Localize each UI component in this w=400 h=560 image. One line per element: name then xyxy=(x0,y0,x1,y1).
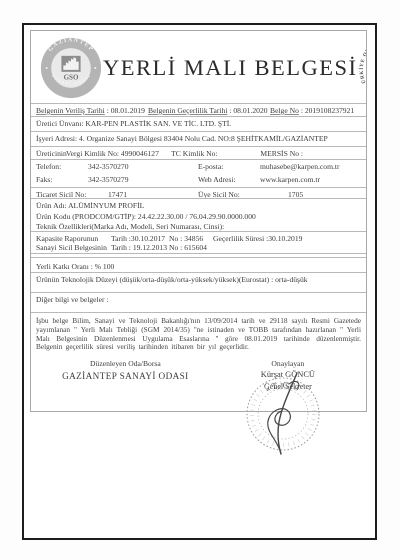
member-registry-label: Üye Sicil No: xyxy=(198,190,260,198)
certificate-table: GAZİANTEP SANAYİ ODASI GSO YERLİ MALI BE… xyxy=(30,30,367,412)
tax-id-label: Vergi Kimlik No: xyxy=(66,149,119,158)
email-label: E-posta: xyxy=(198,162,260,175)
capacity-report-label: Kapasite Raporunun xyxy=(36,234,111,243)
approver-label: Onaylayan xyxy=(215,359,361,368)
fax-value: 342-3570279 xyxy=(88,175,198,188)
tc-id-label: TC Kimlik No: xyxy=(171,149,230,159)
contact-row: Telefon: 342-3570270 E-posta: muhasebe@k… xyxy=(31,159,366,187)
issuer-label: Düzenleyen Oda/Borsa xyxy=(36,359,215,368)
other-info-row: Diğer bilgi ve belgeler : xyxy=(31,292,366,312)
capacity-report-validity: Geçerlilik Süresi :30.10.2019 xyxy=(213,234,361,243)
local-content-row: Yerli Katkı Oranı : % 100 xyxy=(31,257,366,272)
other-info-label: Diğer bilgi ve belgeler : xyxy=(36,295,109,304)
legal-statement: İşbu belge Bilim, Sanayi ve Teknoloji Ba… xyxy=(36,317,361,352)
capacity-report-no: No : 34856 xyxy=(169,234,213,243)
producer-ids-prefix: Üreticinin xyxy=(36,149,66,159)
certificate-header: GAZİANTEP SANAYİ ODASI GSO YERLİ MALI BE… xyxy=(31,31,366,103)
trade-registry-value: 17471 xyxy=(88,190,198,198)
industry-registry-date: Tarih : 19.12.2013 xyxy=(111,243,169,252)
doc-no-value: : 2019108237921 xyxy=(301,106,354,115)
email-value: muhasebe@karpen.com.tr xyxy=(260,162,361,175)
gso-chamber-seal-icon: GAZİANTEP SANAYİ ODASI GSO xyxy=(39,36,103,100)
producer-name-value: KAR-PEN PLASTİK SAN. VE TİC. LTD. ŞTİ. xyxy=(85,119,231,128)
producer-address-value: 4. Organize Sanayi Bölgesi 83404 Nolu Ca… xyxy=(79,134,328,143)
product-code-value: 24.42.22.30.00 / 76.04.29.90.0000.000 xyxy=(138,212,256,221)
industry-registry-no: No : 615604 xyxy=(169,243,213,252)
tech-level-label: Ürünün Teknolojik Düzeyi (düşük/orta-düş… xyxy=(36,275,308,284)
product-tech-label: Teknik Özellikleri(Marka Adı, Modeli, Se… xyxy=(36,222,224,231)
producer-address-row: İşyeri Adresi: 4. Organize Sanayi Bölges… xyxy=(31,131,366,146)
product-name-value: ALÜMİNYUM PROFİL xyxy=(68,201,144,210)
phone-value: 342-3570270 xyxy=(88,162,198,175)
tax-id-value: 4990046127 xyxy=(121,149,159,158)
issue-date-label: Belgenin Veriliş Tarihi xyxy=(36,106,105,115)
official-stamp-icon: «T.C.» xyxy=(237,370,329,462)
issuer-name: GAZİANTEP SANAYİ ODASI xyxy=(36,371,215,383)
web-label: Web Adresi: xyxy=(198,175,260,188)
capacity-row: Kapasite Raporunun Tarih :30.10.2017 No … xyxy=(31,231,366,253)
web-value: www.karpen.com.tr xyxy=(260,175,361,188)
doc-meta-row: Belgenin Veriliş Tarihi : 08.01.2019 Bel… xyxy=(31,103,366,116)
member-registry-value: 1705 xyxy=(260,190,361,198)
doc-no-label: Belge No xyxy=(270,106,299,115)
registry-row: Ticaret Sicil No: 17471 Üye Sicil No: 17… xyxy=(31,187,366,198)
tech-level-row: Ürünün Teknolojik Düzeyi (düşük/orta-düş… xyxy=(31,272,366,292)
local-content-label: Yerli Katkı Oranı : % 100 xyxy=(36,262,114,271)
product-code-label: Ürün Kodu (PRODCOM/GTİP): xyxy=(36,212,136,221)
capacity-report-date: Tarih :30.10.2017 xyxy=(111,234,169,243)
product-row: Ürün Adı: ALÜMİNYUM PROFİL Ürün Kodu (PR… xyxy=(31,198,366,231)
valid-date-label: Belgenin Geçerlilik Tarihi xyxy=(148,106,227,115)
trade-registry-label: Ticaret Sicil No: xyxy=(36,190,88,198)
industry-registry-label: Sanayi Sicil Belgesinin xyxy=(36,243,111,252)
gso-seal-acronym: GSO xyxy=(64,74,79,82)
fax-label: Faks: xyxy=(36,175,88,188)
producer-name-row: Üretici Ünvanı: KAR-PEN PLASTİK SAN. VE … xyxy=(31,116,366,131)
producer-address-label: İşyeri Adresi: xyxy=(36,134,77,143)
phone-label: Telefon: xyxy=(36,162,88,175)
certificate-page: GAZİANTEP SANAYİ ODASI GSO YERLİ MALI BE… xyxy=(22,23,377,540)
producer-name-label: Üretici Ünvanı: xyxy=(36,119,83,128)
certificate-title: YERLİ MALI BELGESİ xyxy=(103,54,357,82)
tobb-seal-icon: TÜRKİYE ODALAR VE BORSALAR BİRLİĞİ TOBB xyxy=(357,32,366,103)
issue-date-value: : 08.01.2019 xyxy=(107,106,145,115)
mersis-label: MERSİS No : xyxy=(260,149,303,158)
product-name-label: Ürün Adı: xyxy=(36,201,67,210)
producer-ids-row: Üreticinin Vergi Kimlik No: 4990046127 T… xyxy=(31,146,366,159)
valid-date-value: : 08.01.2020 xyxy=(229,106,267,115)
